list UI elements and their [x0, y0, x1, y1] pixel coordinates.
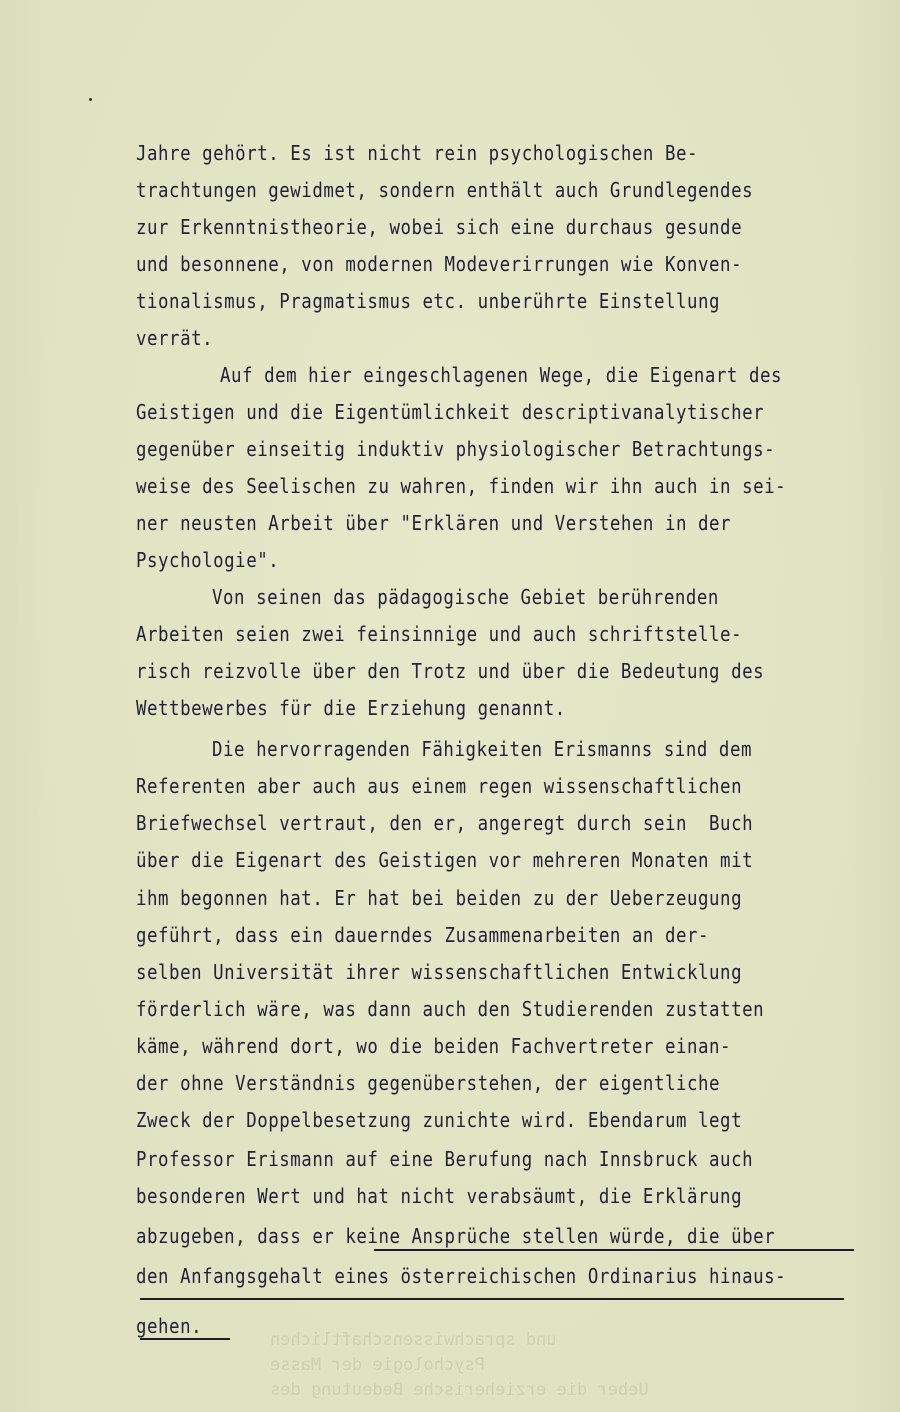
- text-line: Referenten aber auch aus einem regen wis…: [136, 775, 742, 799]
- underline-3: [140, 1338, 230, 1340]
- underline-1: [374, 1249, 854, 1251]
- text-line: ner neusten Arbeit über "Erklären und Ve…: [136, 512, 731, 536]
- text-line: Zweck der Doppelbesetzung zunichte wird.…: [136, 1109, 742, 1133]
- text-line: über die Eigenart des Geistigen vor mehr…: [136, 849, 753, 873]
- text-line: tionalismus, Pragmatismus etc. unberührt…: [136, 290, 720, 314]
- text-line: zur Erkenntnistheorie, wobei sich eine d…: [136, 216, 742, 240]
- text-line: ihm begonnen hat. Er hat bei beiden zu d…: [136, 887, 742, 911]
- text-line: geführt, dass ein dauerndes Zusammenarbe…: [136, 924, 709, 948]
- text-line: gegenüber einseitig induktiv physiologis…: [136, 438, 775, 462]
- text-line: käme, während dort, wo die beiden Fachve…: [136, 1035, 731, 1059]
- text-line: Auf dem hier eingeschlagenen Wege, die E…: [220, 364, 782, 388]
- text-line: trachtungen gewidmet, sondern enthält au…: [136, 179, 753, 203]
- text-line: risch reizvolle über den Trotz und über …: [136, 660, 764, 684]
- text-line: den Anfangsgehalt eines österreichischen…: [136, 1265, 786, 1289]
- text-line: förderlich wäre, was dann auch den Studi…: [136, 998, 764, 1022]
- text-line: Wettbewerbes für die Erziehung genannt.: [136, 697, 566, 721]
- document-page: und sprachwissenschaftlichen Psychologie…: [0, 0, 900, 1412]
- ink-speck: [89, 98, 92, 101]
- text-line: der ohne Verständnis gegenüberstehen, de…: [136, 1072, 720, 1096]
- bleed-through-text: und sprachwissenschaftlichen: [270, 1330, 557, 1350]
- text-line: Jahre gehört. Es ist nicht rein psycholo…: [136, 142, 698, 166]
- text-line: Professor Erismann auf eine Berufung nac…: [136, 1148, 753, 1172]
- text-line: Von seinen das pädagogische Gebiet berüh…: [212, 586, 719, 610]
- underline-2: [140, 1298, 844, 1300]
- text-line: Die hervorragenden Fähigkeiten Erismanns…: [212, 738, 752, 762]
- text-line: gehen.: [136, 1315, 202, 1339]
- text-line: Psychologie".: [136, 549, 279, 573]
- text-line: und besonnene, von modernen Modeverirrun…: [136, 253, 742, 277]
- text-line: Briefwechsel vertraut, den er, angeregt …: [136, 812, 753, 836]
- text-line: Geistigen und die Eigentümlichkeit descr…: [136, 401, 764, 425]
- text-line: weise des Seelischen zu wahren, finden w…: [136, 475, 786, 499]
- bleed-through-text: Ueber die erzieherische Bedeutung des: [270, 1380, 649, 1400]
- text-line: Arbeiten seien zwei feinsinnige und auch…: [136, 623, 742, 647]
- text-line: besonderen Wert und hat nicht verabsäumt…: [136, 1185, 742, 1209]
- bleed-through-text: Psychologie der Masse: [270, 1355, 485, 1375]
- text-line: verrät.: [136, 327, 213, 351]
- text-line: abzugeben, dass er keine Ansprüche stell…: [136, 1225, 775, 1249]
- text-line: selben Universität ihrer wissenschaftlic…: [136, 961, 742, 985]
